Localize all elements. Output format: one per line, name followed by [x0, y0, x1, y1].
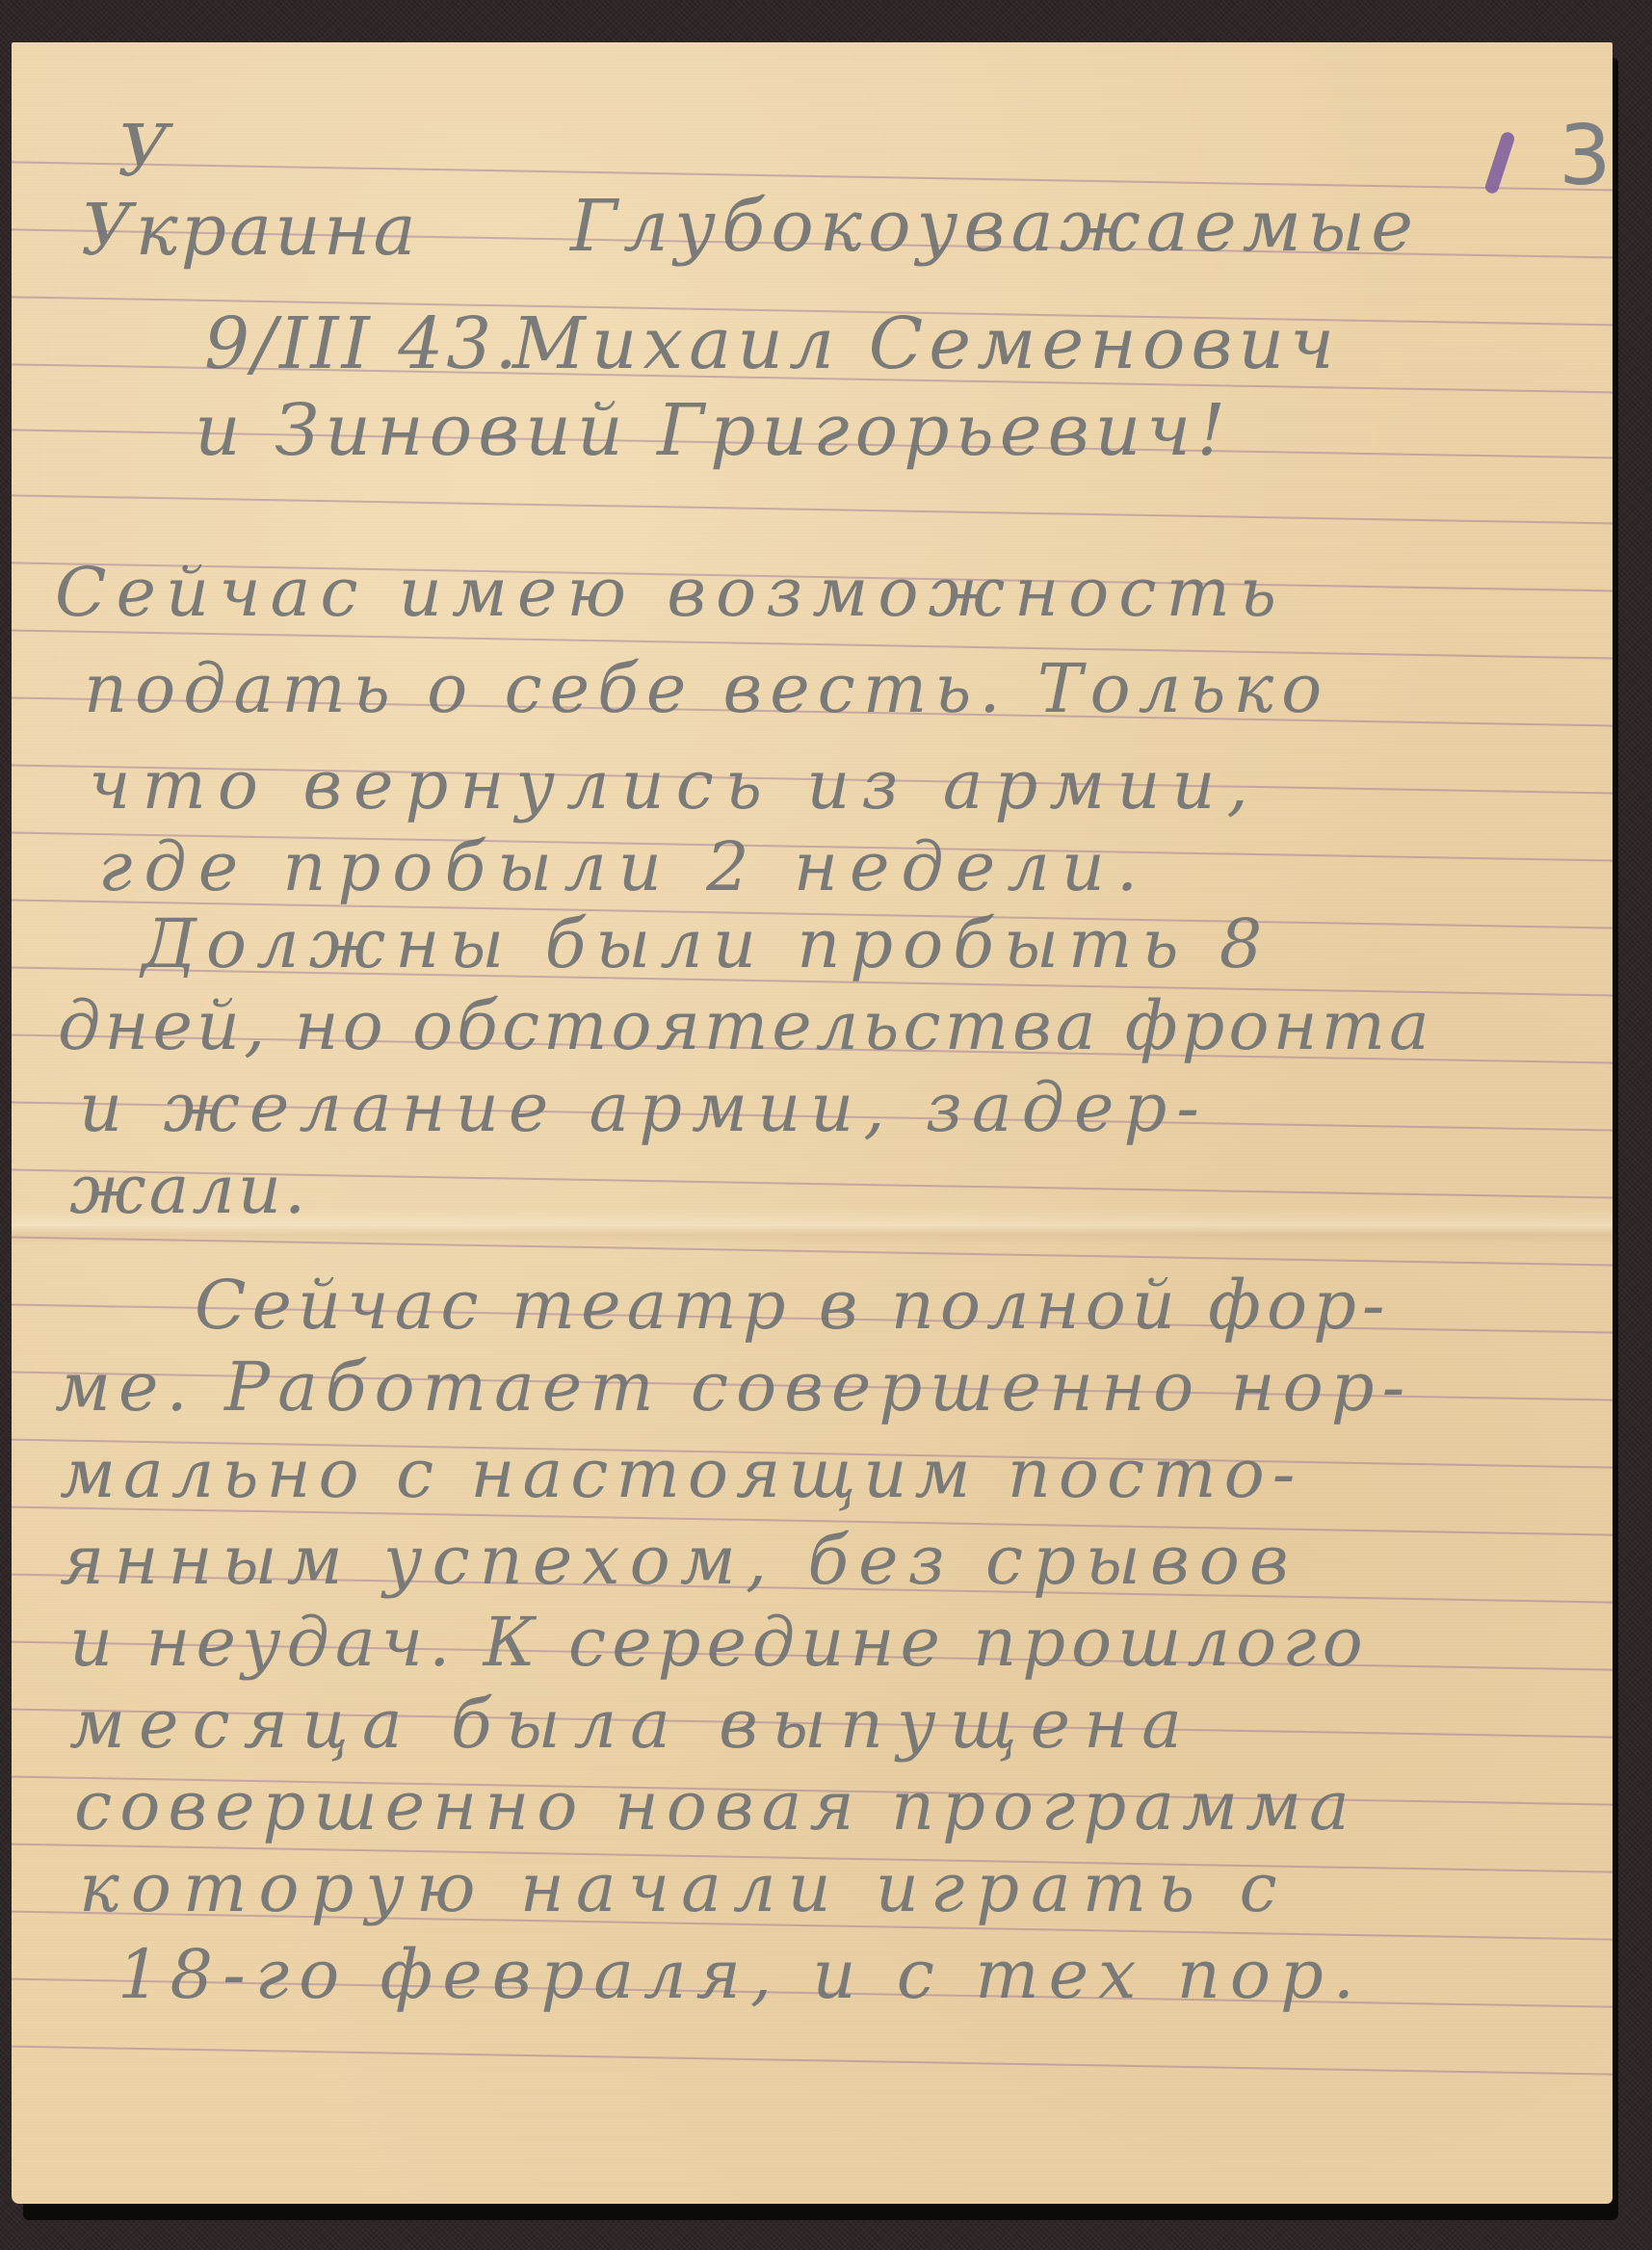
- addressee-1: Михаил Семенович: [512, 302, 1340, 385]
- body-line: Сейчас театр в полной фор-: [195, 1266, 1391, 1345]
- body-line: дней, но обстоятельства фронта: [58, 986, 1433, 1065]
- body-line: и желание армии, задер-: [79, 1068, 1209, 1147]
- body-line: которую начали играть с: [79, 1848, 1289, 1927]
- body-line: Сейчас имею возможность: [55, 553, 1286, 632]
- body-line: жали.: [69, 1150, 308, 1229]
- margin-letter: У: [118, 110, 171, 193]
- body-line: и неудач. К середине прошлого: [69, 1603, 1369, 1682]
- ruled-line: [12, 2045, 1613, 2076]
- body-line: янным успехом, без срывов: [60, 1521, 1298, 1600]
- body-line: мально с настоящим посто-: [60, 1434, 1302, 1513]
- body-line: что вернулись из армии,: [89, 746, 1260, 824]
- body-line: Должны были пробыть 8: [142, 904, 1272, 983]
- body-line: ме. Работает совершенно нор-: [55, 1347, 1412, 1426]
- body-line: месяца была выпущена: [69, 1685, 1195, 1764]
- greeting-salutation: Глубокоуважаемые: [570, 185, 1419, 268]
- letter-page: 3 У Украина Глубокоуважаемые 9/III 43. М…: [12, 42, 1613, 2204]
- page-number: 3: [1559, 108, 1612, 204]
- body-line: совершенно новая программа: [74, 1766, 1357, 1845]
- body-line: подать о себе весть. Только: [84, 649, 1329, 728]
- body-line: где пробыли 2 недели.: [98, 827, 1149, 906]
- addressee-2: и Зиновий Григорьевич!: [195, 389, 1231, 472]
- body-line: 18-го февраля, и с тех пор.: [118, 1935, 1364, 2014]
- letter-date: 9/III 43.: [204, 302, 520, 385]
- ruled-line: [12, 494, 1613, 525]
- greeting-place: Украина: [81, 189, 419, 272]
